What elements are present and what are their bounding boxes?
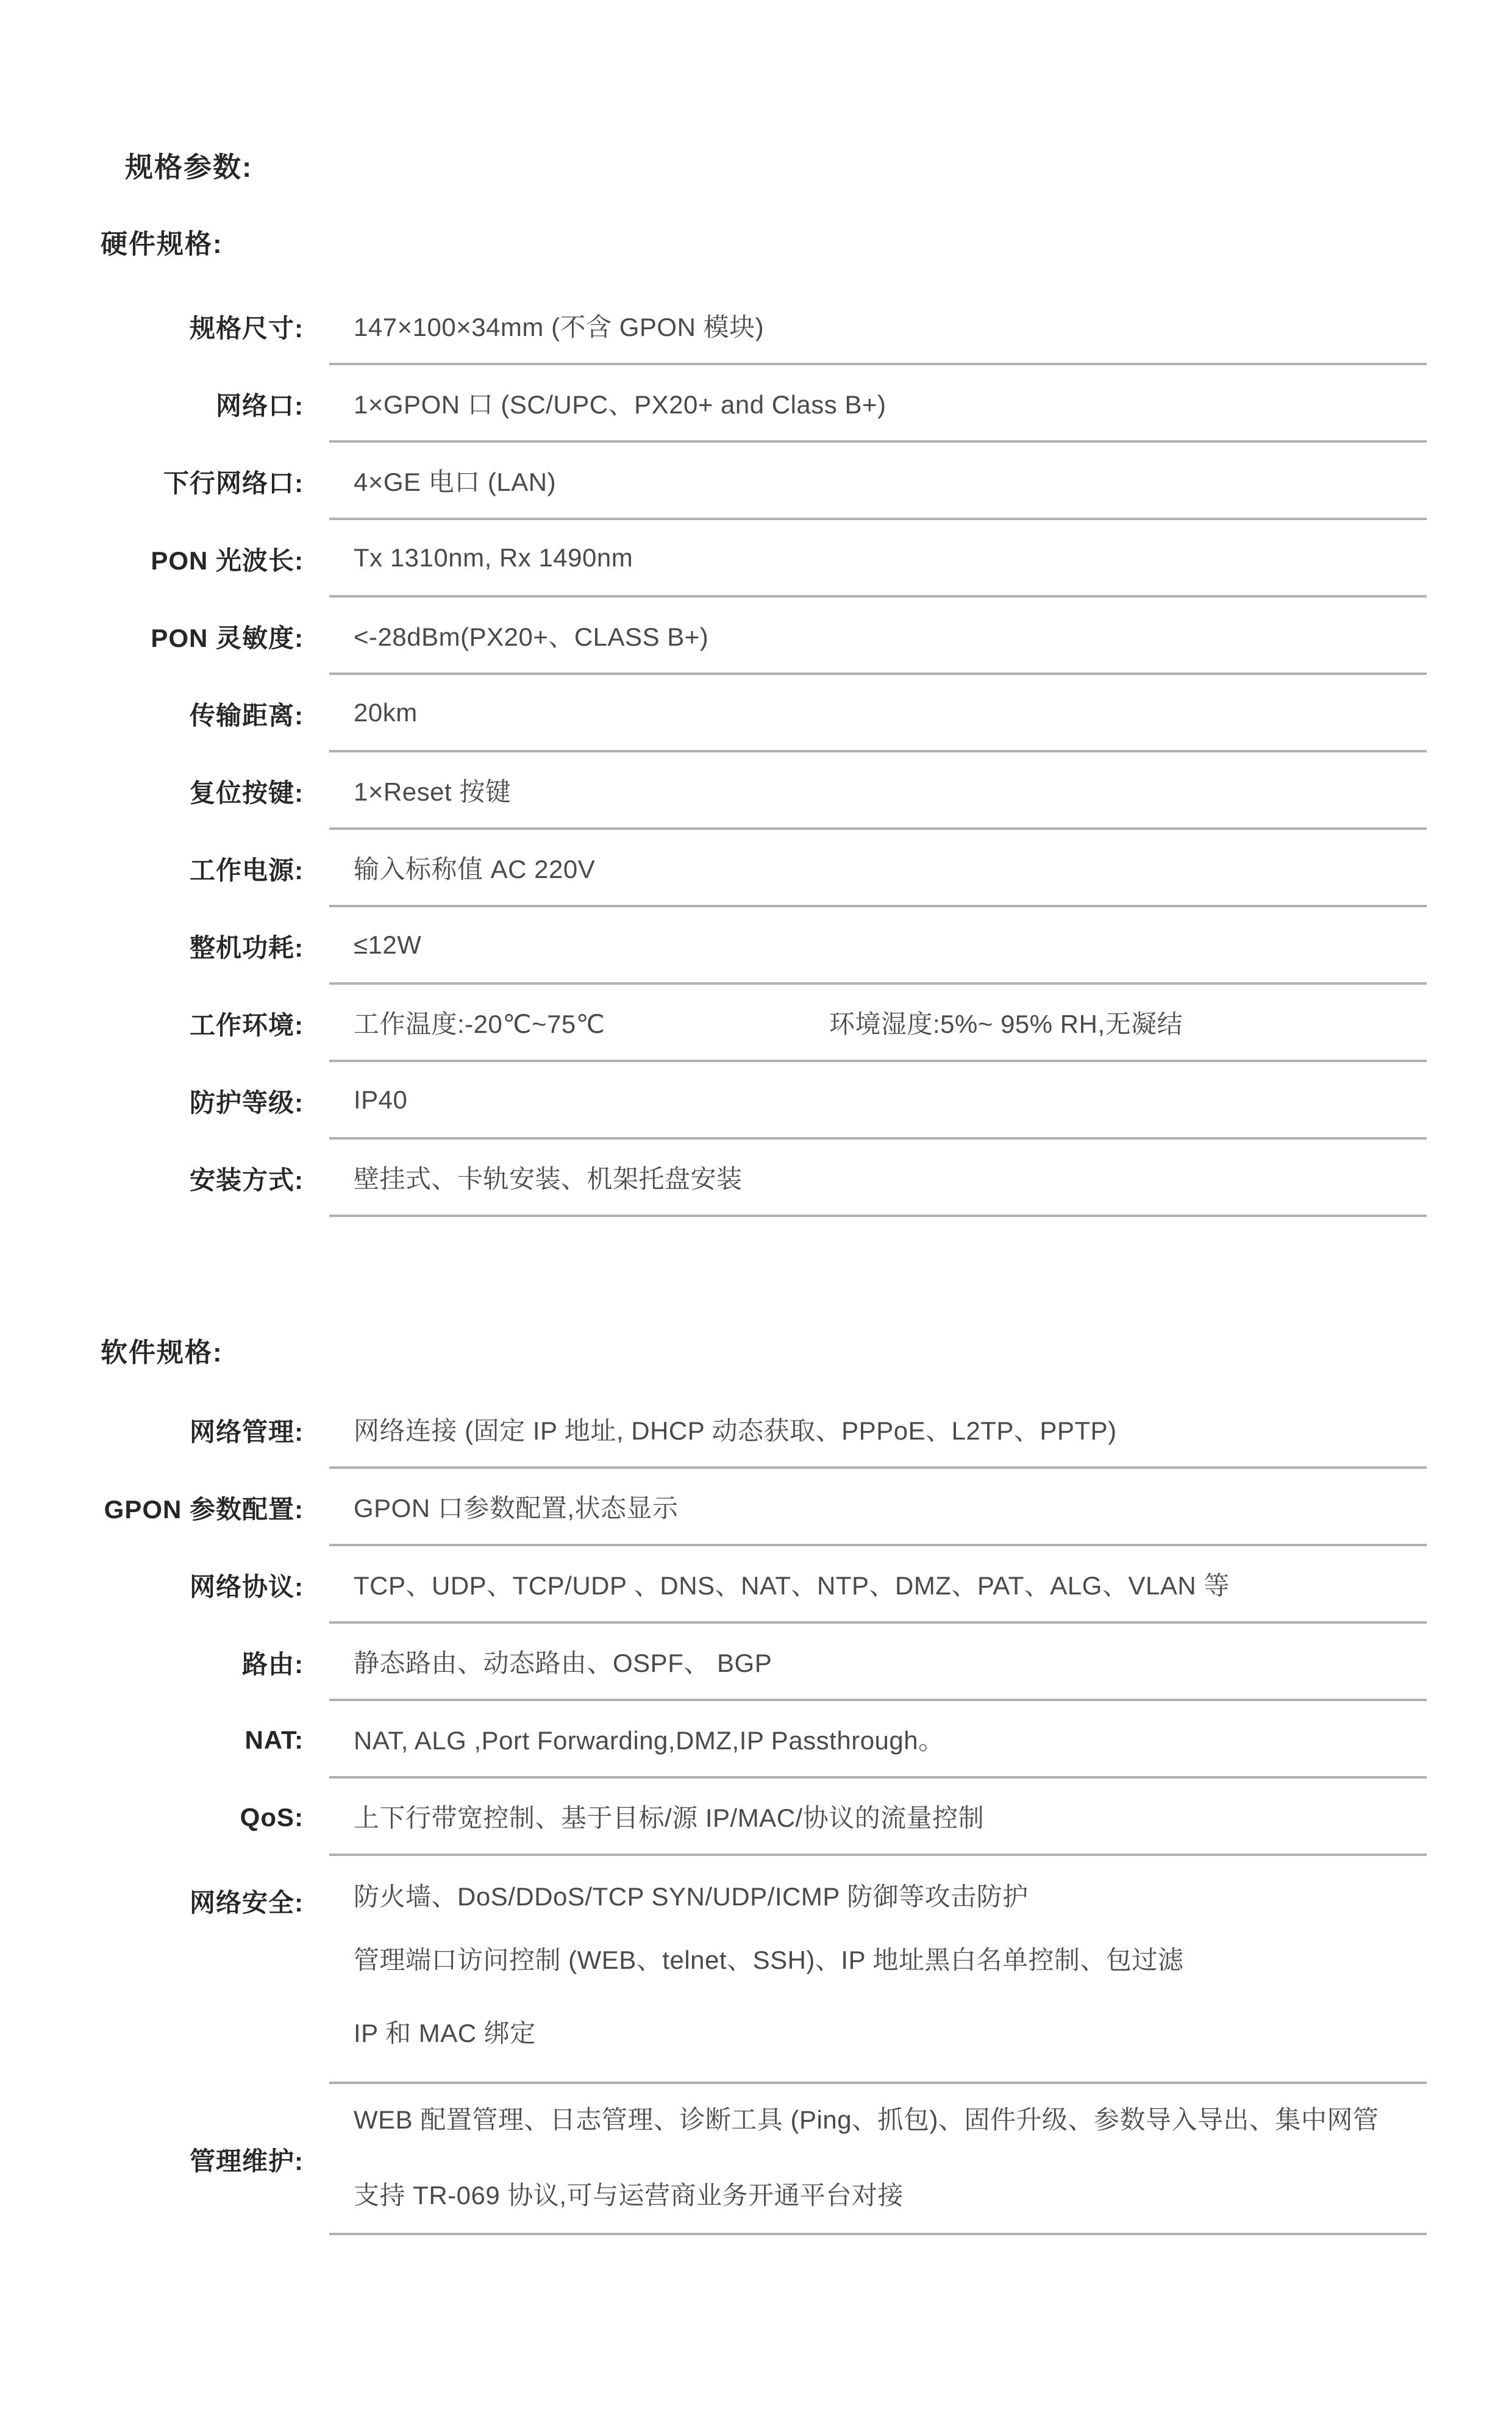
- table-row-gpon-config: GPON 参数配置: GPON 口参数配置,状态显示: [98, 1469, 1427, 1546]
- table-row-reset-button: 复位按键: 1×Reset 按键: [98, 752, 1427, 830]
- row-value-text: 壁挂式、卡轨安装、机架托盘安装: [354, 1159, 743, 1196]
- page-title: 规格参数:: [0, 0, 1512, 183]
- row-value: 1×Reset 按键: [329, 752, 1427, 830]
- row-value: 20km: [329, 675, 1427, 752]
- operating-humidity-text: 环境湿度:5%~ 95% RH,无凝结: [829, 1004, 1183, 1041]
- row-value: WEB 配置管理、日志管理、诊断工具 (Ping、抓包)、固件升级、参数导入导出…: [329, 2084, 1427, 2235]
- row-value-text: 上下行带宽控制、基于目标/源 IP/MAC/协议的流量控制: [354, 1798, 984, 1835]
- row-value-text: ≤12W: [354, 930, 421, 960]
- row-label: 工作环境:: [98, 985, 329, 1062]
- table-row-qos: QoS: 上下行带宽控制、基于目标/源 IP/MAC/协议的流量控制: [98, 1779, 1427, 1856]
- row-value-text: 20km: [354, 698, 418, 727]
- row-label: GPON 参数配置:: [98, 1469, 329, 1546]
- table-row-power-supply: 工作电源: 输入标称值 AC 220V: [98, 830, 1427, 907]
- row-value: GPON 口参数配置,状态显示: [329, 1469, 1427, 1546]
- management-line-1: WEB 配置管理、日志管理、诊断工具 (Ping、抓包)、固件升级、参数导入导出…: [354, 2102, 1379, 2138]
- table-row-mounting: 安装方式: 壁挂式、卡轨安装、机架托盘安装: [98, 1140, 1427, 1217]
- table-row-downlink-port: 下行网络口: 4×GE 电口 (LAN): [98, 443, 1427, 520]
- table-row-network-port: 网络口: 1×GPON 口 (SC/UPC、PX20+ and Class B+…: [98, 365, 1427, 443]
- row-value-text: GPON 口参数配置,状态显示: [354, 1488, 679, 1525]
- table-row-pon-sensitivity: PON 灵敏度: <-28dBm(PX20+、CLASS B+): [98, 598, 1427, 675]
- network-security-line-3: IP 和 MAC 绑定: [354, 2016, 536, 2051]
- row-value: IP40: [329, 1062, 1427, 1140]
- table-row-dimensions: 规格尺寸: 147×100×34mm (不含 GPON 模块): [98, 288, 1427, 365]
- row-value: 上下行带宽控制、基于目标/源 IP/MAC/协议的流量控制: [329, 1779, 1427, 1856]
- row-label: 下行网络口:: [98, 443, 329, 520]
- row-value: NAT, ALG ,Port Forwarding,DMZ,IP Passthr…: [329, 1701, 1427, 1779]
- section-heading-software: 软件规格:: [0, 1217, 1512, 1368]
- hardware-spec-table: 规格尺寸: 147×100×34mm (不含 GPON 模块) 网络口: 1×G…: [98, 288, 1427, 1217]
- table-row-network-protocols: 网络协议: TCP、UDP、TCP/UDP 、DNS、NAT、NTP、DMZ、P…: [98, 1546, 1427, 1624]
- table-row-pon-wavelength: PON 光波长: Tx 1310nm, Rx 1490nm: [98, 520, 1427, 598]
- operating-temperature-text: 工作温度:-20℃~75℃: [354, 1004, 829, 1041]
- table-row-network-security: 网络安全: 防火墙、DoS/DDoS/TCP SYN/UDP/ICMP 防御等攻…: [98, 1856, 1427, 2084]
- table-row-management-maintenance: 管理维护: WEB 配置管理、日志管理、诊断工具 (Ping、抓包)、固件升级、…: [98, 2084, 1427, 2235]
- row-value: ≤12W: [329, 907, 1427, 985]
- row-value-text: 网络连接 (固定 IP 地址, DHCP 动态获取、PPPoE、L2TP、PPT…: [354, 1411, 1117, 1447]
- table-row-transmission-distance: 传输距离: 20km: [98, 675, 1427, 752]
- row-value: 工作温度:-20℃~75℃ 环境湿度:5%~ 95% RH,无凝结: [329, 985, 1427, 1062]
- row-label: 路由:: [98, 1624, 329, 1701]
- row-label: 管理维护:: [98, 2084, 329, 2235]
- row-label: 整机功耗:: [98, 907, 329, 985]
- table-row-nat: NAT: NAT, ALG ,Port Forwarding,DMZ,IP Pa…: [98, 1701, 1427, 1779]
- row-label: 防护等级:: [98, 1062, 329, 1140]
- spec-sheet-page: 规格参数: 硬件规格: 规格尺寸: 147×100×34mm (不含 GPON …: [0, 0, 1512, 2409]
- row-value: 壁挂式、卡轨安装、机架托盘安装: [329, 1140, 1427, 1217]
- row-label: 网络口:: [98, 365, 329, 443]
- row-value: TCP、UDP、TCP/UDP 、DNS、NAT、NTP、DMZ、PAT、ALG…: [329, 1546, 1427, 1624]
- row-value: 4×GE 电口 (LAN): [329, 443, 1427, 520]
- row-value-text: IP40: [354, 1085, 407, 1115]
- row-label: PON 灵敏度:: [98, 598, 329, 675]
- row-value-text: <-28dBm(PX20+、CLASS B+): [354, 617, 708, 654]
- row-value-text: Tx 1310nm, Rx 1490nm: [354, 543, 633, 573]
- table-row-operating-environment: 工作环境: 工作温度:-20℃~75℃ 环境湿度:5%~ 95% RH,无凝结: [98, 985, 1427, 1062]
- row-label: QoS:: [98, 1779, 329, 1856]
- row-value-text: NAT, ALG ,Port Forwarding,DMZ,IP Passthr…: [354, 1721, 944, 1757]
- row-value: 静态路由、动态路由、OSPF、 BGP: [329, 1624, 1427, 1701]
- row-value: Tx 1310nm, Rx 1490nm: [329, 520, 1427, 598]
- row-value-text: 静态路由、动态路由、OSPF、 BGP: [354, 1643, 772, 1680]
- row-value: 输入标称值 AC 220V: [329, 830, 1427, 907]
- row-value-text: 输入标称值 AC 220V: [354, 849, 595, 886]
- row-label: 网络管理:: [98, 1391, 329, 1469]
- row-value-text: 4×GE 电口 (LAN): [354, 462, 556, 499]
- row-value-text: 1×Reset 按键: [354, 772, 511, 808]
- row-label: PON 光波长:: [98, 520, 329, 598]
- row-value-text: 1×GPON 口 (SC/UPC、PX20+ and Class B+): [354, 385, 886, 421]
- row-label: 网络协议:: [98, 1546, 329, 1624]
- row-value-text: 147×100×34mm (不含 GPON 模块): [354, 307, 764, 344]
- row-value: <-28dBm(PX20+、CLASS B+): [329, 598, 1427, 675]
- row-value: 147×100×34mm (不含 GPON 模块): [329, 288, 1427, 365]
- management-line-2: 支持 TR-069 协议,可与运营商业务开通平台对接: [354, 2178, 904, 2213]
- row-label: 规格尺寸:: [98, 288, 329, 365]
- table-row-protection-rating: 防护等级: IP40: [98, 1062, 1427, 1140]
- table-row-routing: 路由: 静态路由、动态路由、OSPF、 BGP: [98, 1624, 1427, 1701]
- row-value: 1×GPON 口 (SC/UPC、PX20+ and Class B+): [329, 365, 1427, 443]
- row-label: 传输距离:: [98, 675, 329, 752]
- row-label: NAT:: [98, 1701, 329, 1779]
- section-heading-hardware: 硬件规格:: [0, 183, 1512, 260]
- table-row-network-management: 网络管理: 网络连接 (固定 IP 地址, DHCP 动态获取、PPPoE、L2…: [98, 1391, 1427, 1469]
- row-label: 工作电源:: [98, 830, 329, 907]
- network-security-line-2: 管理端口访问控制 (WEB、telnet、SSH)、IP 地址黑白名单控制、包过…: [354, 1943, 1184, 1978]
- row-value: 防火墙、DoS/DDoS/TCP SYN/UDP/ICMP 防御等攻击防护 管理…: [329, 1856, 1427, 2084]
- row-value-text: TCP、UDP、TCP/UDP 、DNS、NAT、NTP、DMZ、PAT、ALG…: [354, 1566, 1230, 1602]
- row-value: 网络连接 (固定 IP 地址, DHCP 动态获取、PPPoE、L2TP、PPT…: [329, 1391, 1427, 1469]
- row-label: 复位按键:: [98, 752, 329, 830]
- software-spec-table: 网络管理: 网络连接 (固定 IP 地址, DHCP 动态获取、PPPoE、L2…: [98, 1391, 1427, 2235]
- row-label: 网络安全:: [98, 1856, 329, 2084]
- row-label: 安装方式:: [98, 1140, 329, 1217]
- table-row-power-consumption: 整机功耗: ≤12W: [98, 907, 1427, 985]
- network-security-line-1: 防火墙、DoS/DDoS/TCP SYN/UDP/ICMP 防御等攻击防护: [354, 1879, 1029, 1915]
